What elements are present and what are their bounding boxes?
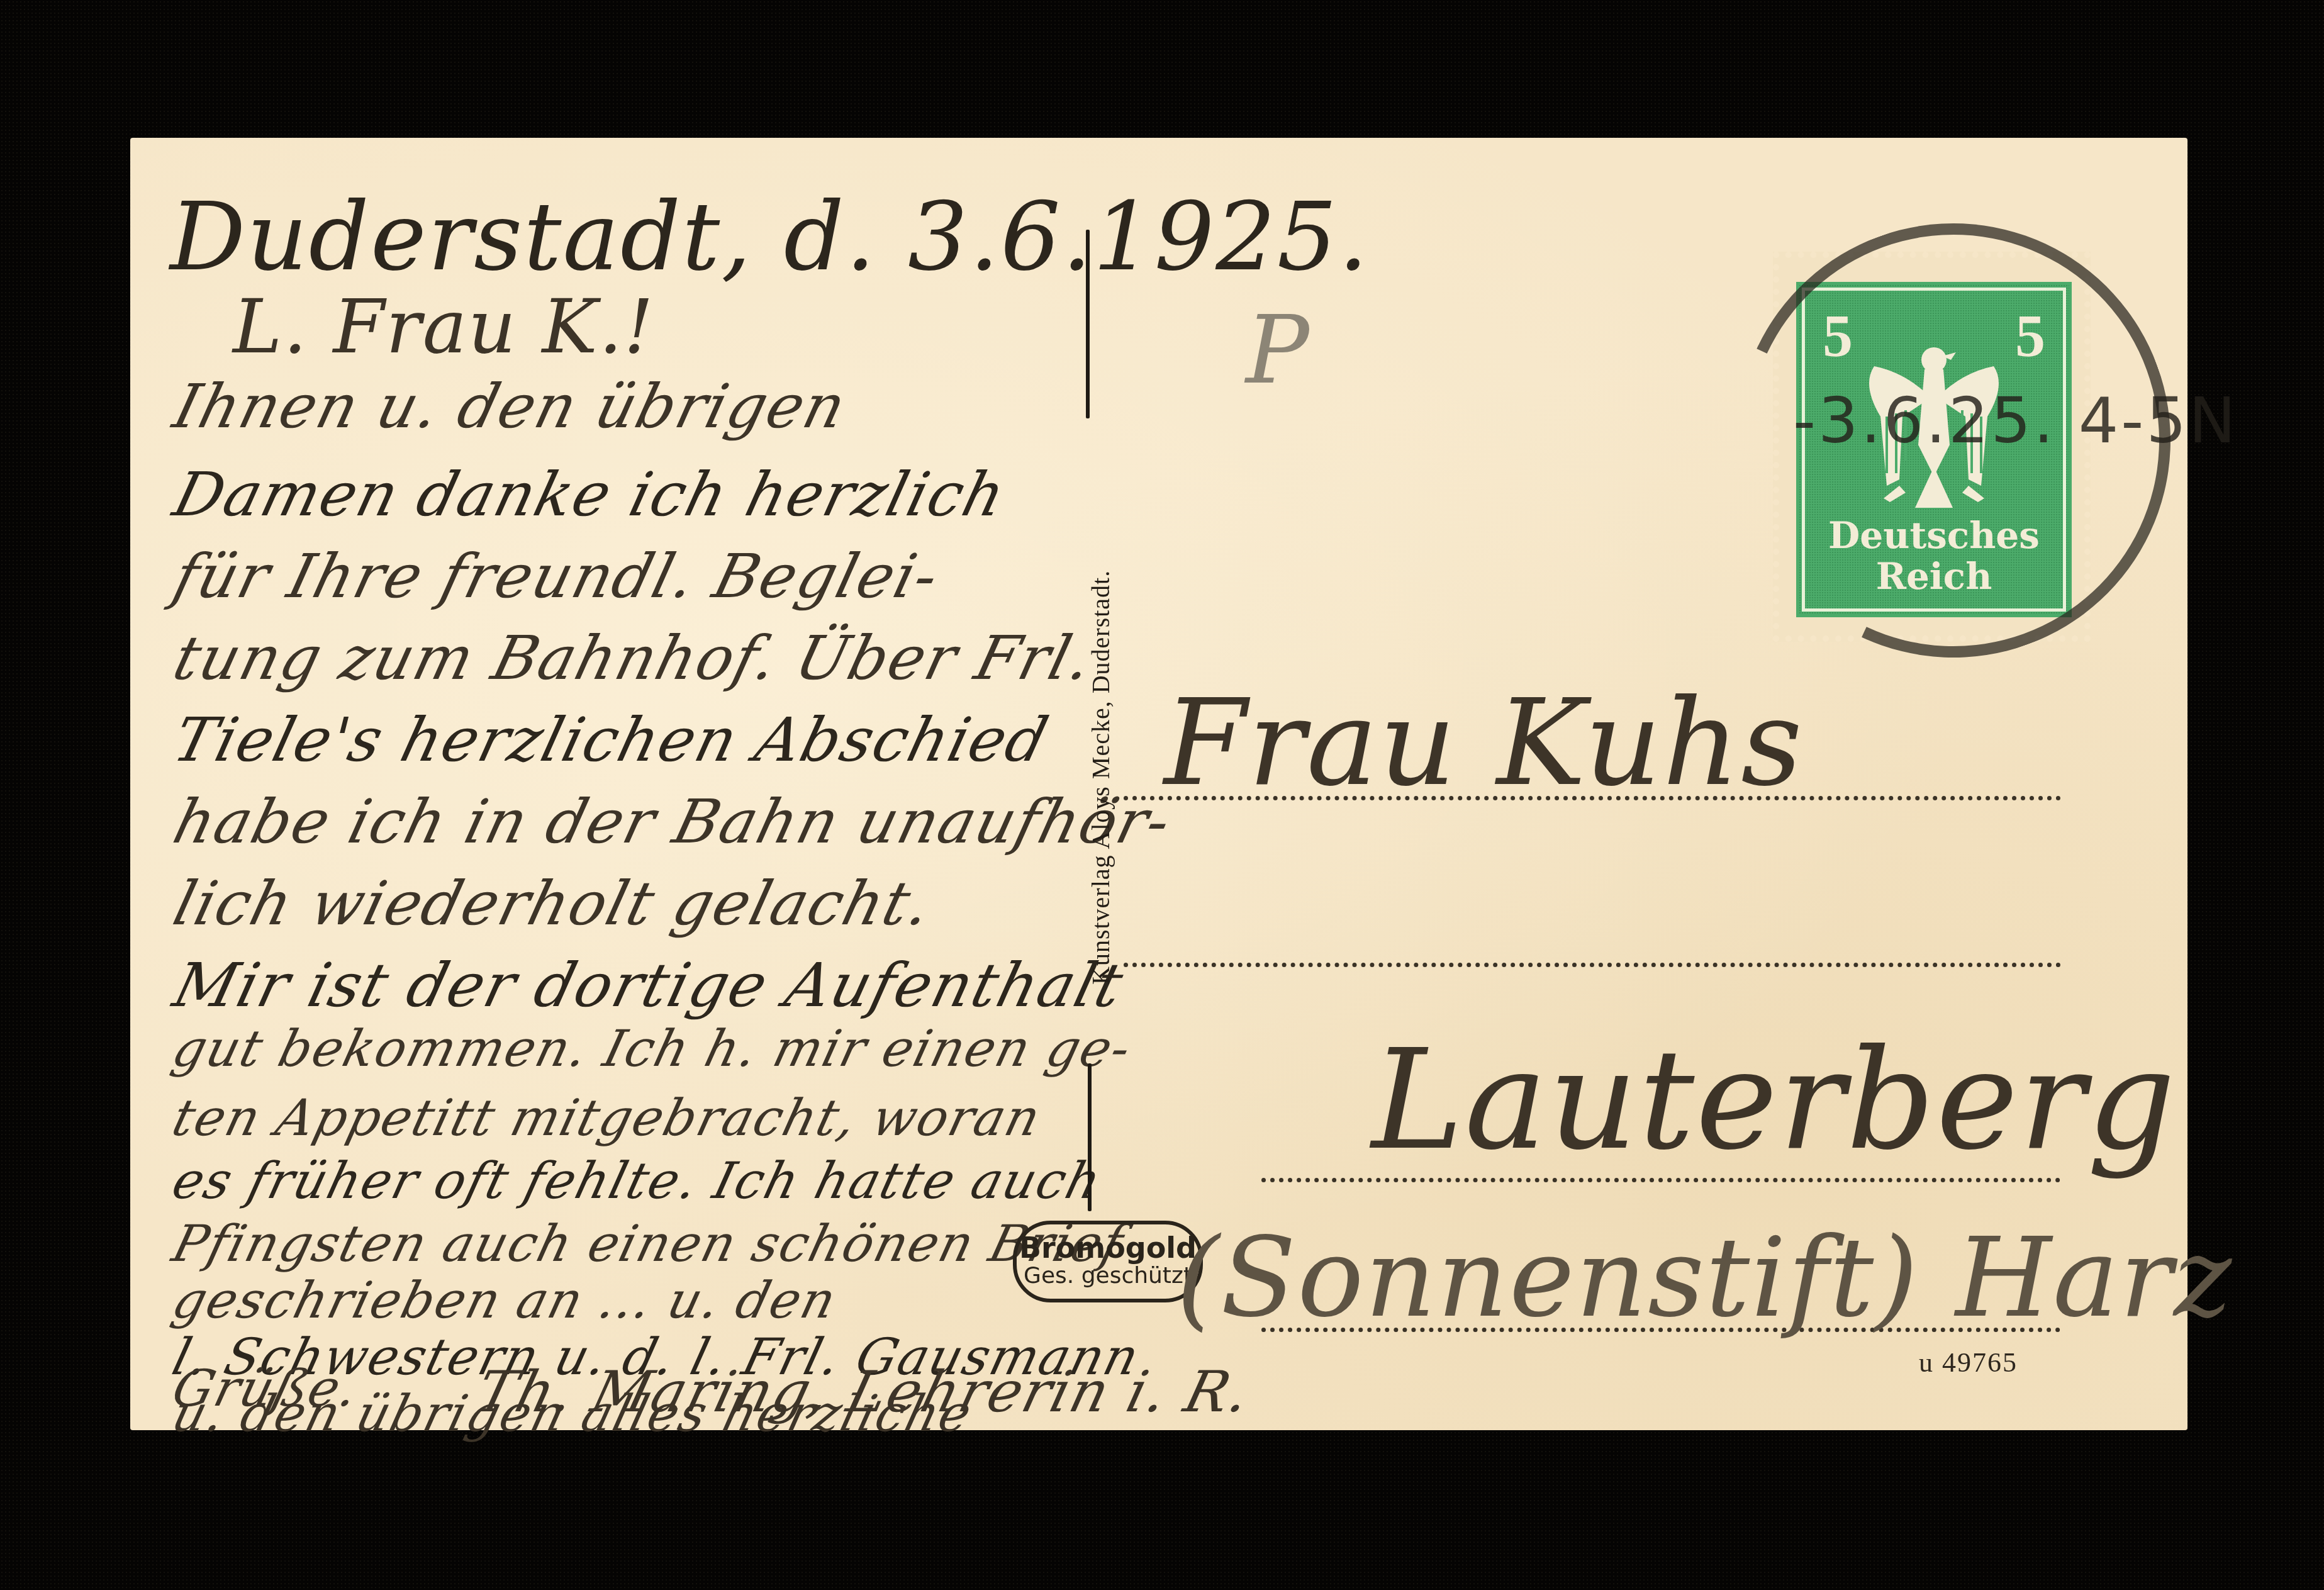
card-number: u 49765 <box>1919 1346 2018 1379</box>
message-line: geschrieben an ... u. den <box>167 1271 843 1330</box>
message-signature: Th. Maring, Lehrerin i. R. <box>470 1359 1258 1425</box>
message-line: gut bekommen. Ich h. mir einen ge- <box>167 1019 1137 1078</box>
message-line: ten Appetitt mitgebracht, woran <box>167 1089 1047 1147</box>
message-line: Grüße. <box>167 1359 365 1418</box>
message-greeting: L. Frau K.! <box>233 283 655 370</box>
photo-paper-brand: Bromogold <box>1017 1233 1199 1262</box>
message-line: habe ich in der Bahn unaufhör- <box>167 787 1178 857</box>
photo-paper-protected: Ges. geschützt <box>1017 1265 1199 1287</box>
message-line: es früher oft fehlte. Ich hatte auch <box>167 1151 1108 1210</box>
publisher-imprint: Kunstverlag Aloys Mecke, Duderstadt. <box>1086 453 1114 985</box>
message-line: für Ihre freundl. Beglei- <box>167 541 946 612</box>
message-line: Damen danke ich herzlich <box>167 459 1013 530</box>
message-line: tung zum Bahnhof. Über Frl. <box>167 623 1100 693</box>
postmark-date: -3.6.25. 4-5N <box>1793 384 2238 457</box>
message-line: Ihnen u. den übrigen <box>167 371 854 442</box>
address-line-2 <box>1124 963 2061 967</box>
message-line: Pfingsten auch einen schönen Brief <box>167 1214 1130 1273</box>
recipient-city: Lauterberg <box>1371 1019 2177 1180</box>
recipient-region: (Sonnenstift) Harz <box>1176 1214 2233 1342</box>
divider-line-bottom <box>1088 1063 1092 1211</box>
message-line: Tiele's herzlichen Abschied <box>167 705 1056 775</box>
recipient-name: Frau Kuhs <box>1164 673 1804 812</box>
message-line: lich wiederholt gelacht. <box>167 868 939 939</box>
photo-paper-mark: Bromogold Ges. geschützt <box>1013 1221 1203 1302</box>
divider-line-top <box>1086 230 1090 418</box>
pencil-note: P <box>1246 296 1310 405</box>
message-dateline: Duderstadt, d. 3.6.1925. <box>170 182 1370 292</box>
message-line: Mir ist der dortige Aufenthalt <box>167 950 1131 1021</box>
